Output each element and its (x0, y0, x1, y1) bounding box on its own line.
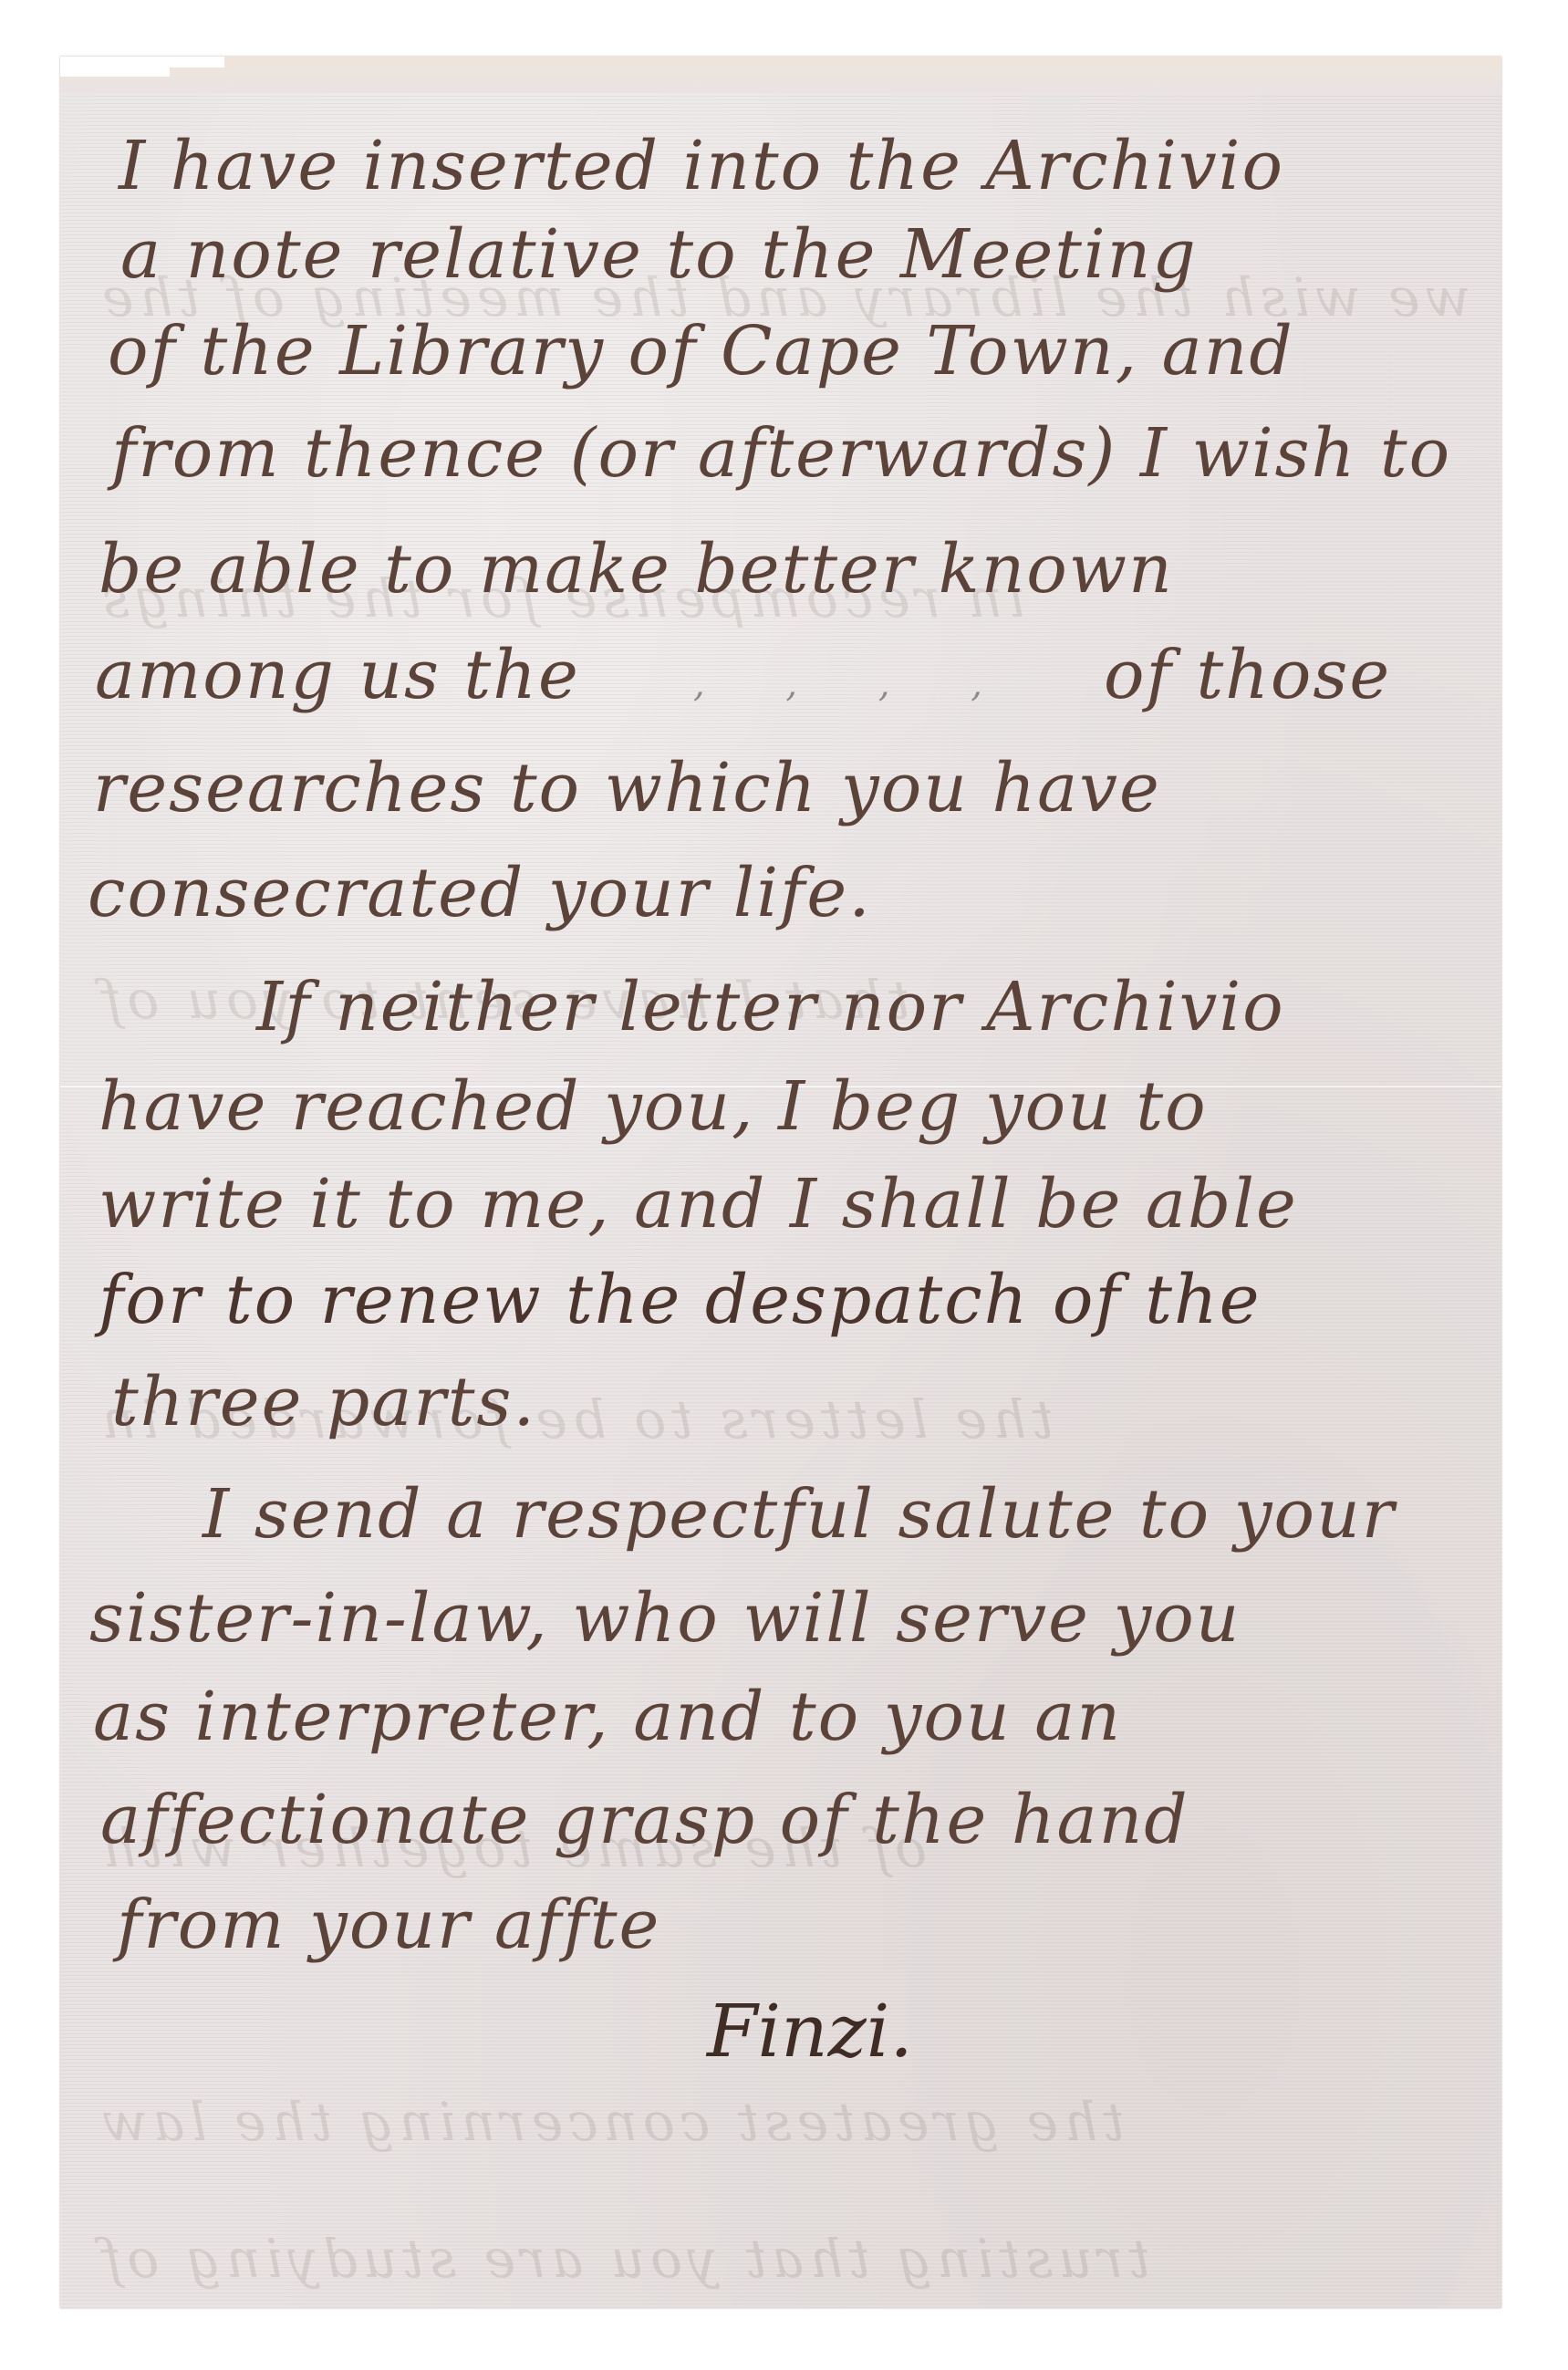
torn-edge-notch (170, 57, 224, 68)
letter-line-15: sister-in-law, who will serve you (89, 1585, 1241, 1652)
letter-line-18: from your affte (117, 1891, 660, 1959)
letter-line-17: affectionate grasp of the hand (100, 1786, 1189, 1854)
letter-line-1: I have inserted into the Archivio (119, 132, 1284, 200)
letter-line-10: have reached you, I beg you to (99, 1073, 1208, 1140)
letter-line-14: I send a respectful salute to your (202, 1481, 1396, 1548)
letter-line-7: researches to which you have (93, 754, 1161, 822)
signature: Finzi. (707, 1989, 913, 2074)
ditto-marks: , , , , (693, 666, 1017, 702)
letter-line-8: consecrated your life. (88, 859, 872, 927)
letter-line-9: If neither letter nor Archivio (256, 973, 1285, 1041)
torn-edge-notch (60, 57, 170, 77)
letter-line-12: for to renew the despatch of the (99, 1266, 1262, 1334)
letter-line-11: write it to me, and I shall be able (99, 1170, 1298, 1238)
letter-line-2: a note relative to the Meeting (120, 221, 1198, 288)
bleed-through-text: the greatest concerning the law (97, 2091, 1125, 2153)
letter-line-4: from thence (or afterwards) I wish to (111, 420, 1451, 487)
bleed-through-text: trusting that you are studying of (97, 2228, 1150, 2290)
letter-line-13: three parts. (111, 1368, 536, 1436)
letter-line-6b: of those (1104, 641, 1391, 709)
letter-line-3: of the Library of Cape Town, and (108, 317, 1294, 385)
letter-line-6a: among us the (95, 641, 580, 709)
torn-top-edge (60, 57, 1501, 93)
letter-line-5: be able to make better known (99, 535, 1174, 603)
letter-line-16: as interpreter, and to you an (93, 1683, 1122, 1751)
